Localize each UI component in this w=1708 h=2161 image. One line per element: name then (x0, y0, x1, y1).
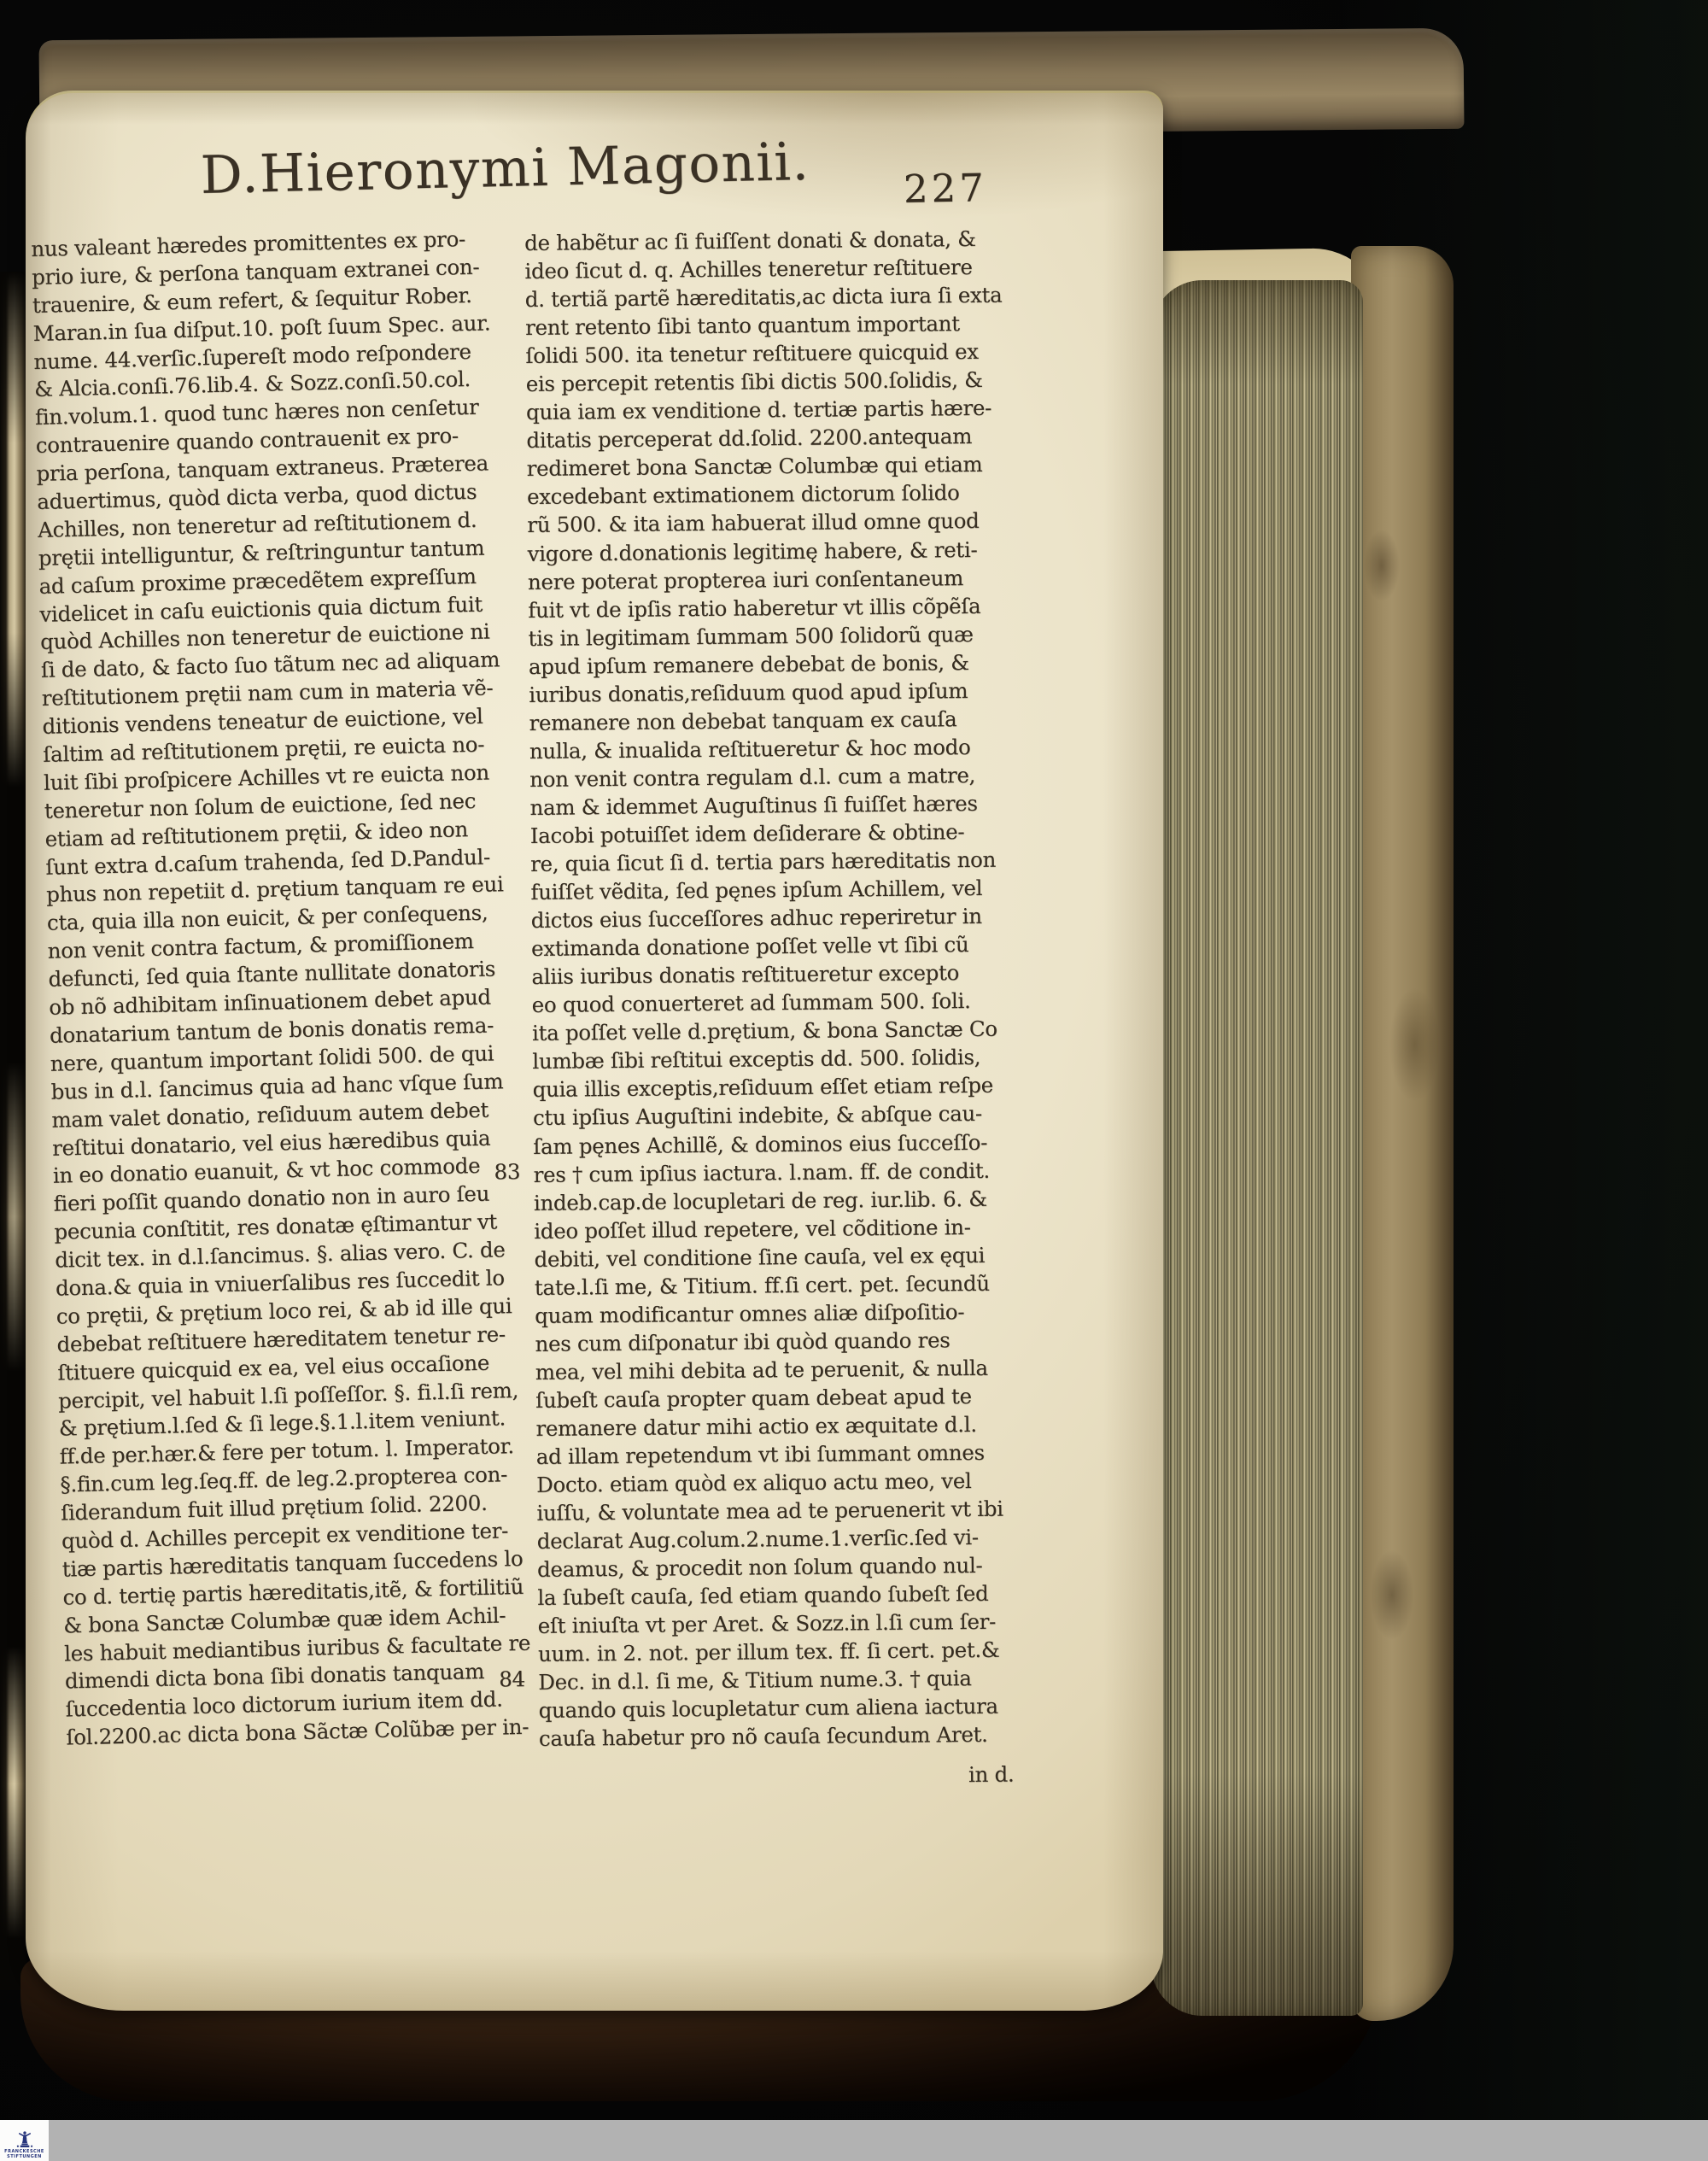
text-column-left: nus valeant hæredes promittentes ex pro-… (31, 224, 560, 1752)
right-column-lines: de habẽtur ac ſi fuiſſent donati & donat… (524, 224, 1089, 1754)
stamp-text-line2: STIFTUNGEN (7, 2154, 42, 2159)
page-number: 227 (904, 165, 988, 212)
text-line: d. tertiã partẽ hæreditatis,ac dicta iur… (525, 280, 1075, 313)
francke-statue-icon (16, 2130, 33, 2148)
scanner-bottom-bar (0, 2120, 1708, 2161)
running-header: D.Hieronymi Magonii. (200, 132, 810, 206)
book-page: D.Hieronymi Magonii. 227 nus valeant hær… (26, 91, 1163, 2011)
library-stamp: FRANCKESCHE STIFTUNGEN (0, 2120, 49, 2161)
book-scan-photo: D.Hieronymi Magonii. 227 nus valeant hær… (0, 0, 1708, 2161)
page-text-layer: D.Hieronymi Magonii. 227 nus valeant hær… (26, 91, 1163, 2011)
text-line: cauſa habetur pro nõ cauſa ſecundum Aret… (539, 1719, 1089, 1753)
margin-paragraph-number-84: 84 (499, 1666, 525, 1691)
fore-edge-page-stack (1151, 280, 1363, 2016)
catchword: in d. (968, 1762, 1015, 1788)
gutter-page-edges (0, 272, 26, 1990)
book-cover-right-edge (1351, 246, 1454, 2021)
text-column-right: 83 84 in d. de habẽtur ac ſi fuiſſent do… (524, 224, 1089, 1754)
margin-paragraph-number-83: 83 (494, 1159, 520, 1184)
